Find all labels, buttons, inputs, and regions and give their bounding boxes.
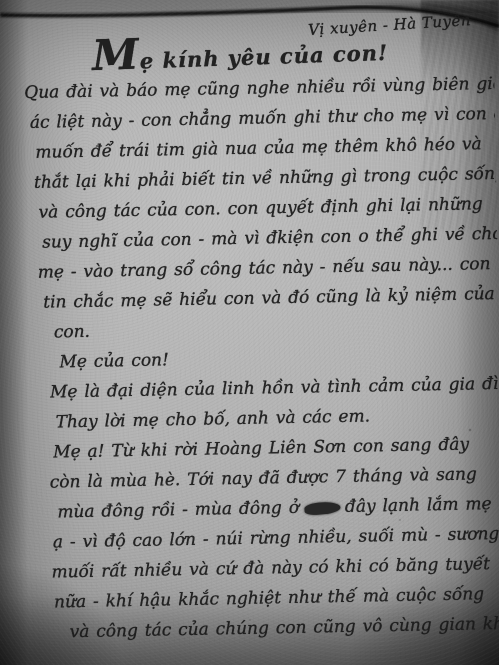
scribbled-out-word (304, 501, 341, 516)
letter-line-segment: đây lạnh lắm mẹ (345, 494, 492, 517)
letter-line-segment: mùa đông rồi - mùa đông ở (57, 498, 299, 523)
letter-body: Qua đài và báo mẹ cũng nghe nhiều rồi vù… (24, 69, 499, 648)
letter-photo: Vị xuyên - Hà Tuyên Mẹ kính yêu của con!… (0, 0, 499, 665)
